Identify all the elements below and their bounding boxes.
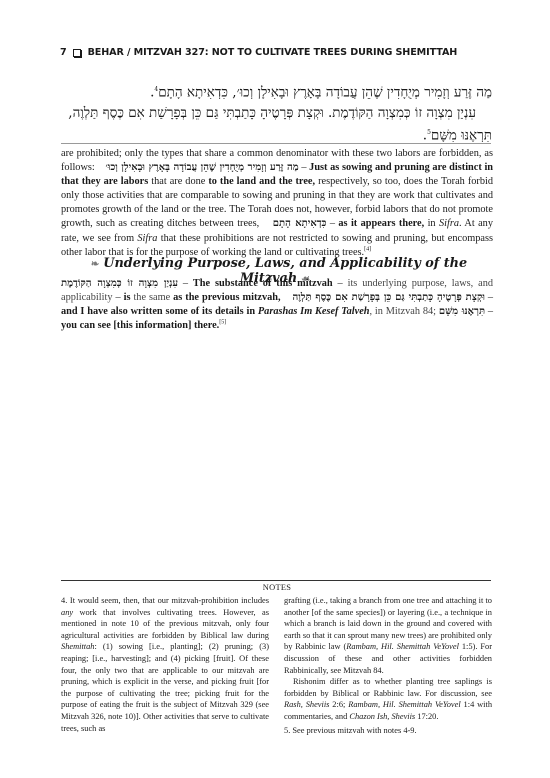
hebrew-line-2: עִנְיַן מִצְוָה זוֹ כְּמִצְוָה הַקּוֹדֶמ… <box>60 103 492 123</box>
running-head-title: BEHAR / MITZVAH 327: NOT TO CULTIVATE TR… <box>88 47 458 58</box>
note-5: 5. See previous mitzvah with notes 4-9. <box>284 725 492 737</box>
page-number: 7 <box>60 47 67 58</box>
running-head: 7 BEHAR / MITZVAH 327: NOT TO CULTIVATE … <box>60 47 500 58</box>
note-4-paragraph-2: Rishonim differ as to whether planting t… <box>284 676 492 722</box>
ornament-left-icon: ❧ <box>91 259 99 270</box>
commentary-paragraph: are prohibited; only the types that shar… <box>61 147 493 260</box>
divider-rule <box>61 143 491 144</box>
hebrew-line-1: מַה זֶּרַע וְזָמִיר מְיֻחָדִין שֶׁהֵן עֲ… <box>60 80 492 103</box>
hebrew-source-text: מַה זֶּרַע וְזָמִיר מְיֻחָדִין שֶׁהֵן עֲ… <box>60 80 492 145</box>
notes-title: NOTES <box>61 583 493 592</box>
notes-column-left: 4. It would seem, then, that our mitzvah… <box>61 595 269 734</box>
substance-paragraph: עִנְיַן מִצְוָה זוֹ כְּמִצְוָה הַקּוֹדֶמ… <box>61 277 493 333</box>
box-bullet-icon <box>73 49 81 57</box>
hebrew-line-3: תִּרְאֶנּוּ מִשָּׁם5. <box>60 123 492 146</box>
footnote-ref[interactable]: [5] <box>219 320 226 326</box>
footnote-ref[interactable]: [4] <box>364 246 371 252</box>
notes-column-right: grafting (i.e., taking a branch from one… <box>284 595 492 736</box>
notes-divider-rule <box>61 580 491 581</box>
commentary-body: are prohibited; only the types that shar… <box>61 147 493 260</box>
note-4: 4. It would seem, then, that our mitzvah… <box>61 595 269 734</box>
note-4-continued: grafting (i.e., taking a branch from one… <box>284 595 492 676</box>
